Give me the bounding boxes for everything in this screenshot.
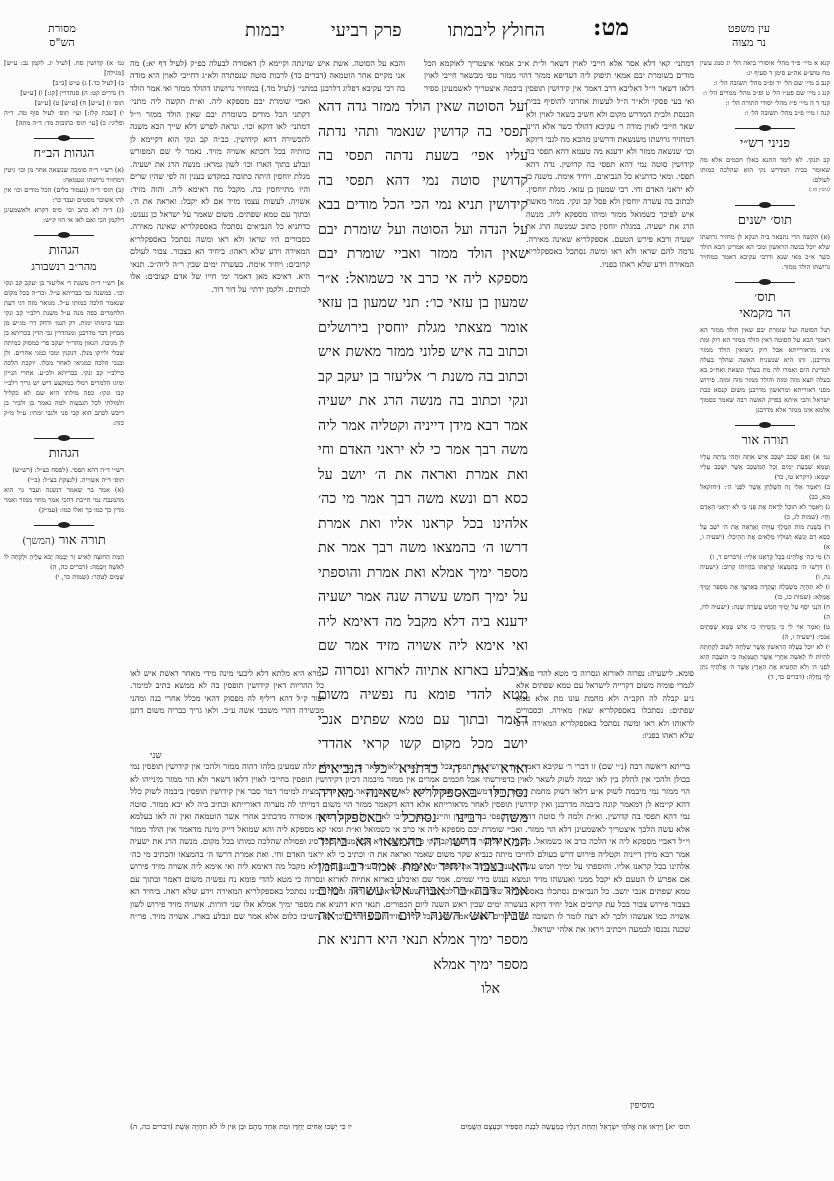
- tosafot-top-block: והבא על הסוטה. אשת איש שזינתה וקיימא לן …: [130, 58, 405, 96]
- daf-number: מט:: [593, 14, 629, 41]
- hagahot-rashb-subtitle: מהר״ב רנשבורג: [4, 259, 124, 275]
- torah-or-verse: ה) מִי כַּה׳ אֱלֹהֵינוּ בְּכָל קָרְאֵנוּ…: [700, 552, 830, 562]
- ein-mishpat-header: עין משפט נר מצוה: [704, 22, 794, 50]
- hagahot-rashb-title: הגהות: [4, 243, 124, 259]
- ein-mishpat-entry: קנב ב מיי׳ שם הל׳ יד ופ״ב מהל׳ תשובה הל׳…: [700, 78, 830, 88]
- torah-or-title: תורה אור: [59, 533, 106, 548]
- footnote-right: תוס׳ יא] וַיִּרְאוּ אֵת אֱלֹהֵי יִשְׂרָא…: [461, 1122, 690, 1131]
- tosafot-rid-subtitle: הר מקמאי: [700, 306, 830, 322]
- tractate-name: יבמות: [245, 20, 285, 46]
- torah-or-verse: י) לֹא יוּכַל בַּעְלָהּ הָרִאשׁוֹן אֲשֶׁ…: [700, 642, 830, 682]
- torah-or-verse: גמ׳ א) וְאִם שָׁכֹב יִשְׁכַּב אִישׁ אֹתָ…: [700, 452, 830, 482]
- ein-mishpat-entry: קנג ג מיי׳ שם פט״ו הל׳ ט ופ״ב מהל׳ ממרים…: [700, 88, 830, 98]
- masoret-title: מסורת: [22, 22, 102, 36]
- chapter-title: החולץ ליבמתו: [448, 20, 545, 46]
- torah-or-verse: ט) וָאֹמַר אוֹי לִי כִי נִדְמֵיתִי כִּי …: [700, 622, 830, 642]
- hagahot-entry: (א) אמר בר שאמר דנשנה ועבר גוי הוא מהמנב…: [4, 485, 124, 515]
- ein-mishpat-entry: קנה ו מיי׳ פ״ב מהל׳ תשובה הל׳ ו:: [700, 108, 830, 118]
- torah-or-title: תורה אור: [700, 433, 830, 449]
- hagahot-title: הגהות: [4, 446, 124, 462]
- ner-mitzvah-title: נר מצוה: [704, 36, 794, 50]
- masoret-hashas-entries: גמ׳ א) קדושין סח. [לעיל יג. לקמן נב: ע״ש…: [4, 58, 124, 128]
- hagahot-habach-entry: (ג) ד״ה לא כתב וכו׳ סיס דקרא ולאשמעינן ד…: [4, 205, 124, 225]
- torah-or-verse: ב) וַיֹּאמֶר אֵלַי זֶה הַשֻּׁלְחָן אֲשֶׁ…: [700, 482, 830, 502]
- talmud-page: עין משפט נר מצוה מט: החולץ ליבמתו פרק רב…: [0, 0, 834, 1181]
- ein-mishpat-entry: קנא א מיי׳ פ״ד מהל׳ איסורי ביאה הל׳ יג ס…: [700, 58, 830, 78]
- hagahot-habach-title: הגהות הב״ח: [4, 146, 124, 162]
- hagahot-rashb-text: א] רש״י ד״ה משנת ר׳ אליעזר בן יעקב קב ונ…: [4, 278, 124, 428]
- torah-or-verse: ו) דִּרְשׁוּ ה׳ בְּהִמָּצְאוֹ קְרָאֻהוּ …: [700, 562, 830, 582]
- ornament-divider: [34, 231, 94, 239]
- footnote-left: יו כִּי יֵשְׁבוּ אַחִים יַחְדָּו וּמֵת א…: [130, 1122, 352, 1131]
- tosafot-yeshanim-text: (א) הקשה הרי נתבאר ביה תנקא לן מחזיר גרו…: [700, 232, 830, 272]
- ornament-divider: [34, 134, 94, 142]
- masoret-hashas-header: מסורת הש"ס: [22, 22, 102, 50]
- torah-or-verse: שְׁמַיִם לְטֹהַר: (שמות כד, י): [4, 572, 124, 582]
- masoret-entry: גמ׳ א) קדושין סח. [לעיל יג. לקמן נב: ע״ש…: [4, 58, 124, 78]
- hagahot-entry: רש״י ד״ה דהא תפסי. (לפסח כצ״ל: (רש״ש): [4, 465, 124, 475]
- rashi-bottom-text: פומא. לישעיה: נפרוה לאורזא ונסרוה כי מטא…: [516, 669, 694, 740]
- penei-rashi-text: קב תנקי. לא לימד התנא כאלו חכמים אלא מה …: [700, 155, 830, 185]
- hashas-title: הש"ס: [22, 36, 102, 50]
- masoret-entry: תוס׳ ז) [ע״ש] ח) [ע״ש] ט) [ע״ש]: [4, 98, 124, 108]
- ornament-divider: [735, 201, 795, 209]
- tosafot-under-main: גמרא היא מלתא דלא ליבעי מינה מידי מאחר ד…: [130, 668, 324, 718]
- torah-or-note: (המשך): [22, 535, 55, 547]
- torah-or-verses: גמ׳ א) וְאִם שָׁכֹב יִשְׁכַּב אִישׁ אֹתָ…: [700, 452, 830, 682]
- tosafot-rid-title: תוס׳: [700, 290, 830, 306]
- hagahot-habach-entry: (א) רש״י ד״ה סומכה שנשאה אחר מן וכו׳ גיט…: [4, 165, 124, 185]
- torah-or-verse: הַמֵּת הַחוּצָה לְאִישׁ זָר יְבָמָהּ יָב…: [4, 552, 124, 572]
- footnote-line: תוס׳ יא] וַיִּרְאוּ אֵת אֱלֹהֵי יִשְׂרָא…: [130, 1122, 690, 1131]
- ornament-divider: [735, 278, 795, 286]
- tosafot-rid-text: תנל הסוטה ועל שומרת יבם שאין הולד ממזר ה…: [700, 325, 830, 415]
- masoret-entry: ד) נדרים קט: ה) סנהדרין [קג:] ו) [ע״ש]: [4, 88, 124, 98]
- ornament-divider: [735, 421, 795, 429]
- hagahot-entry: תוס׳ ד״ה אשוייה. (לגצקת בצ״ל: (ב״י): [4, 475, 124, 485]
- perek-label: פרק רביעי: [331, 20, 402, 46]
- left-margin-column: גמ׳ א) קדושין סח. [לעיל יג. לקמן נב: ע״ש…: [4, 58, 124, 1178]
- rashi-top-block: דמתני׳ קאי דלא אסר אלא חייבי לאוין דשאר …: [424, 58, 694, 96]
- torah-or-continued-title: תורה אור (המשך): [4, 533, 124, 549]
- rashi-side-column: ואי בעי פסקי ולא״ר ה״ל לעשות אחרוני להוס…: [526, 96, 694, 636]
- right-margin-column: קנא א מיי׳ פ״ד מהל׳ איסורי ביאה הל׳ יג ס…: [700, 58, 830, 1178]
- tosafot-side-column: ואביי שומרת יבם מספקא ליה. וא״ת תקשה ליה…: [130, 96, 310, 761]
- ein-mishpat-entries: קנא א מיי׳ פ״ד מהל׳ איסורי ביאה הל׳ יג ס…: [700, 58, 830, 118]
- masoret-entry: ב) [לעיל כד.] ג) ע״ש [ב״ב]: [4, 78, 124, 88]
- ein-mishpat-title: עין משפט: [704, 22, 794, 36]
- page-catchword: מוסיפין: [630, 1100, 655, 1111]
- ein-mishpat-entry: קנד ד ה מיי׳ פ״ז מהל׳ יסודי התורה הל׳ ו:: [700, 98, 830, 108]
- hagahot-habach-entry: (ב) תוס׳ ד״ה (נעמוד בלים) הכל מודים וכו׳…: [4, 185, 124, 205]
- tosafot-yeshanim-title: תוס׳ ישנים: [700, 213, 830, 229]
- torah-or-verse: ד) בִּשְׁנַת מוֹת הַמֶּלֶךְ עֻזִּיָּהוּ …: [700, 522, 830, 552]
- torah-or-verse: ז) לֹא תִהְיֶה מְשַׁכֵּלָה וַעֲקָרָה בְּ…: [700, 582, 830, 602]
- ornament-divider: [735, 124, 795, 132]
- ornament-divider: [34, 521, 94, 529]
- torah-or-verse: ג) וַיֹּאמֶר לֹא תוּכַל לִרְאֹת אֶת פָּנ…: [700, 502, 830, 522]
- penei-rashi-title: פניני רש״י: [700, 136, 830, 152]
- masoret-entry: י) [שבת קלז:] ועי׳ תוס׳ לעיל סוף מה. ד״ה…: [4, 108, 124, 128]
- rashi-bottom-block: פומא. לישעיה: נפרוה לאורזא ונסרוה כי מטא…: [516, 668, 694, 763]
- ornament-divider: [34, 434, 94, 442]
- penei-rashi-ref: (גיטין סז.): [700, 185, 830, 195]
- torah-or-verse: ח) הִנְנִי יֹסֵף עַל יָמֶיךָ חֲמֵשׁ עֶשְ…: [700, 602, 830, 622]
- tosafot-full-bottom: בריתא דיאשה רבה (נ״י שם) זו דברי ר׳ עקיב…: [130, 760, 690, 1105]
- running-header: החולץ ליבמתו פרק רביעי יבמות: [245, 20, 545, 46]
